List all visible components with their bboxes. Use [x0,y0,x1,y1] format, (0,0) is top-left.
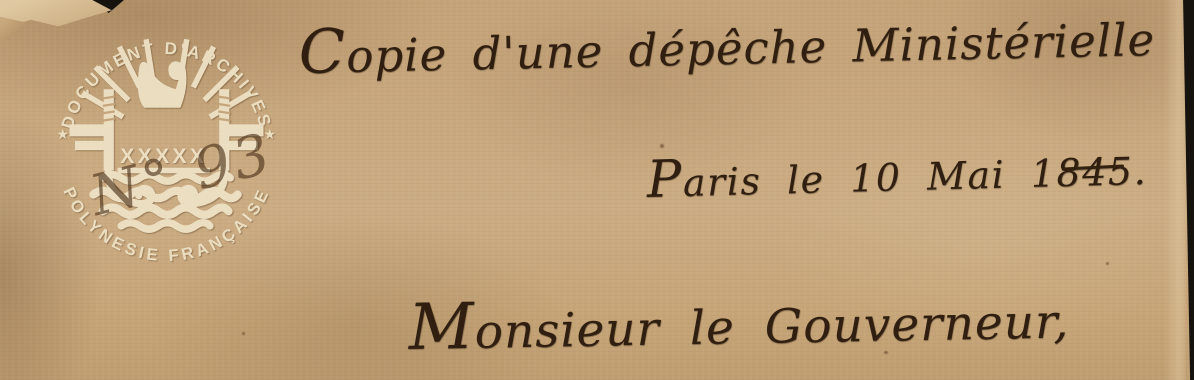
archival-document-scan: DOCUMENT D'ARCHIVES POLYNESIE FRANÇAISE … [0,0,1194,380]
seal-canoe-sail [138,61,187,107]
paper-speck [242,332,245,335]
manuscript-salutation: Monsieur le Gouverneur, [408,278,1070,364]
paper-speck [660,144,664,148]
seal-top-arc-text-holder: DOCUMENT D'ARCHIVES [58,39,275,131]
manuscript-title-line: Copie d'une dépêche Ministérielle [298,0,1156,88]
manuscript-dateline: Paris le 10 Mai 1845. [646,137,1148,210]
seal-top-arc-text: DOCUMENT D'ARCHIVES [58,39,275,131]
seal-star-left-icon: ★ [57,126,69,142]
paper-edge-highlight [1164,0,1186,380]
paper-speck [1106,262,1109,265]
